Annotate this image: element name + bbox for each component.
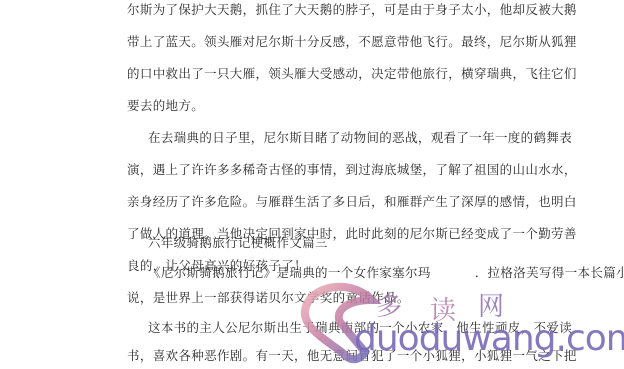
text-line: 尔斯为了保护大天鹅，抓住了大天鹅的脖子，可是由于身子太小，他却反被大鹅 (127, 3, 577, 17)
text-line: 亲身经历了许多危险。与雁群生活了多日后，和雁群产生了深厚的感情，也明白 (127, 195, 577, 209)
document-page: 尔斯为了保护大天鹅，抓住了大天鹅的脖子，可是由于身子太小，他却反被大鹅 带上了蓝… (0, 0, 624, 369)
text-line: 《尼尔斯骑鹅旅行记》是瑞典的一个女作家塞尔玛．拉格洛芙写得一本长篇小 (148, 266, 624, 280)
text-line: 的口中救出了一只大雁，领头雁大受感动，决定带他旅行，横穿瑞典，飞往它们 (127, 67, 577, 81)
text-line: 说，是世界上一部获得诺贝尔文学奖的童话作品。 (127, 291, 410, 305)
text-line: 带上了蓝天。领头雁对尼尔斯十分反感，不愿意带他飞行。最终，尼尔斯从狐狸 (127, 35, 577, 49)
text-line: 书，喜欢各种恶作剧。有一天，他无意间冒犯了一个小狐狸，小狐狸一气之下把 (127, 349, 577, 363)
text-line: 这本书的主人公尼尔斯出生于瑞典南部的一个小农家，他生性顽皮，不爱读 (148, 321, 572, 335)
text-line: 演，遇上了许许多多稀奇古怪的事情，到过海底城堡，了解了祖国的山山水水， (127, 163, 577, 177)
text-line: 在去瑞典的日子里，尼尔斯目睹了动物间的恶战，观看了一年一度的鹤舞表 (148, 131, 572, 145)
section-heading: 六年级骑鹅旅行记梗概作文篇三 (148, 236, 328, 250)
text-segment: ．拉格洛芙写得一本长篇小 (475, 265, 624, 280)
text-segment: 《尼尔斯骑鹅旅行记》是瑞典的一个女作家塞尔玛 (148, 265, 431, 280)
text-line: 要去的地方。 (127, 99, 204, 113)
